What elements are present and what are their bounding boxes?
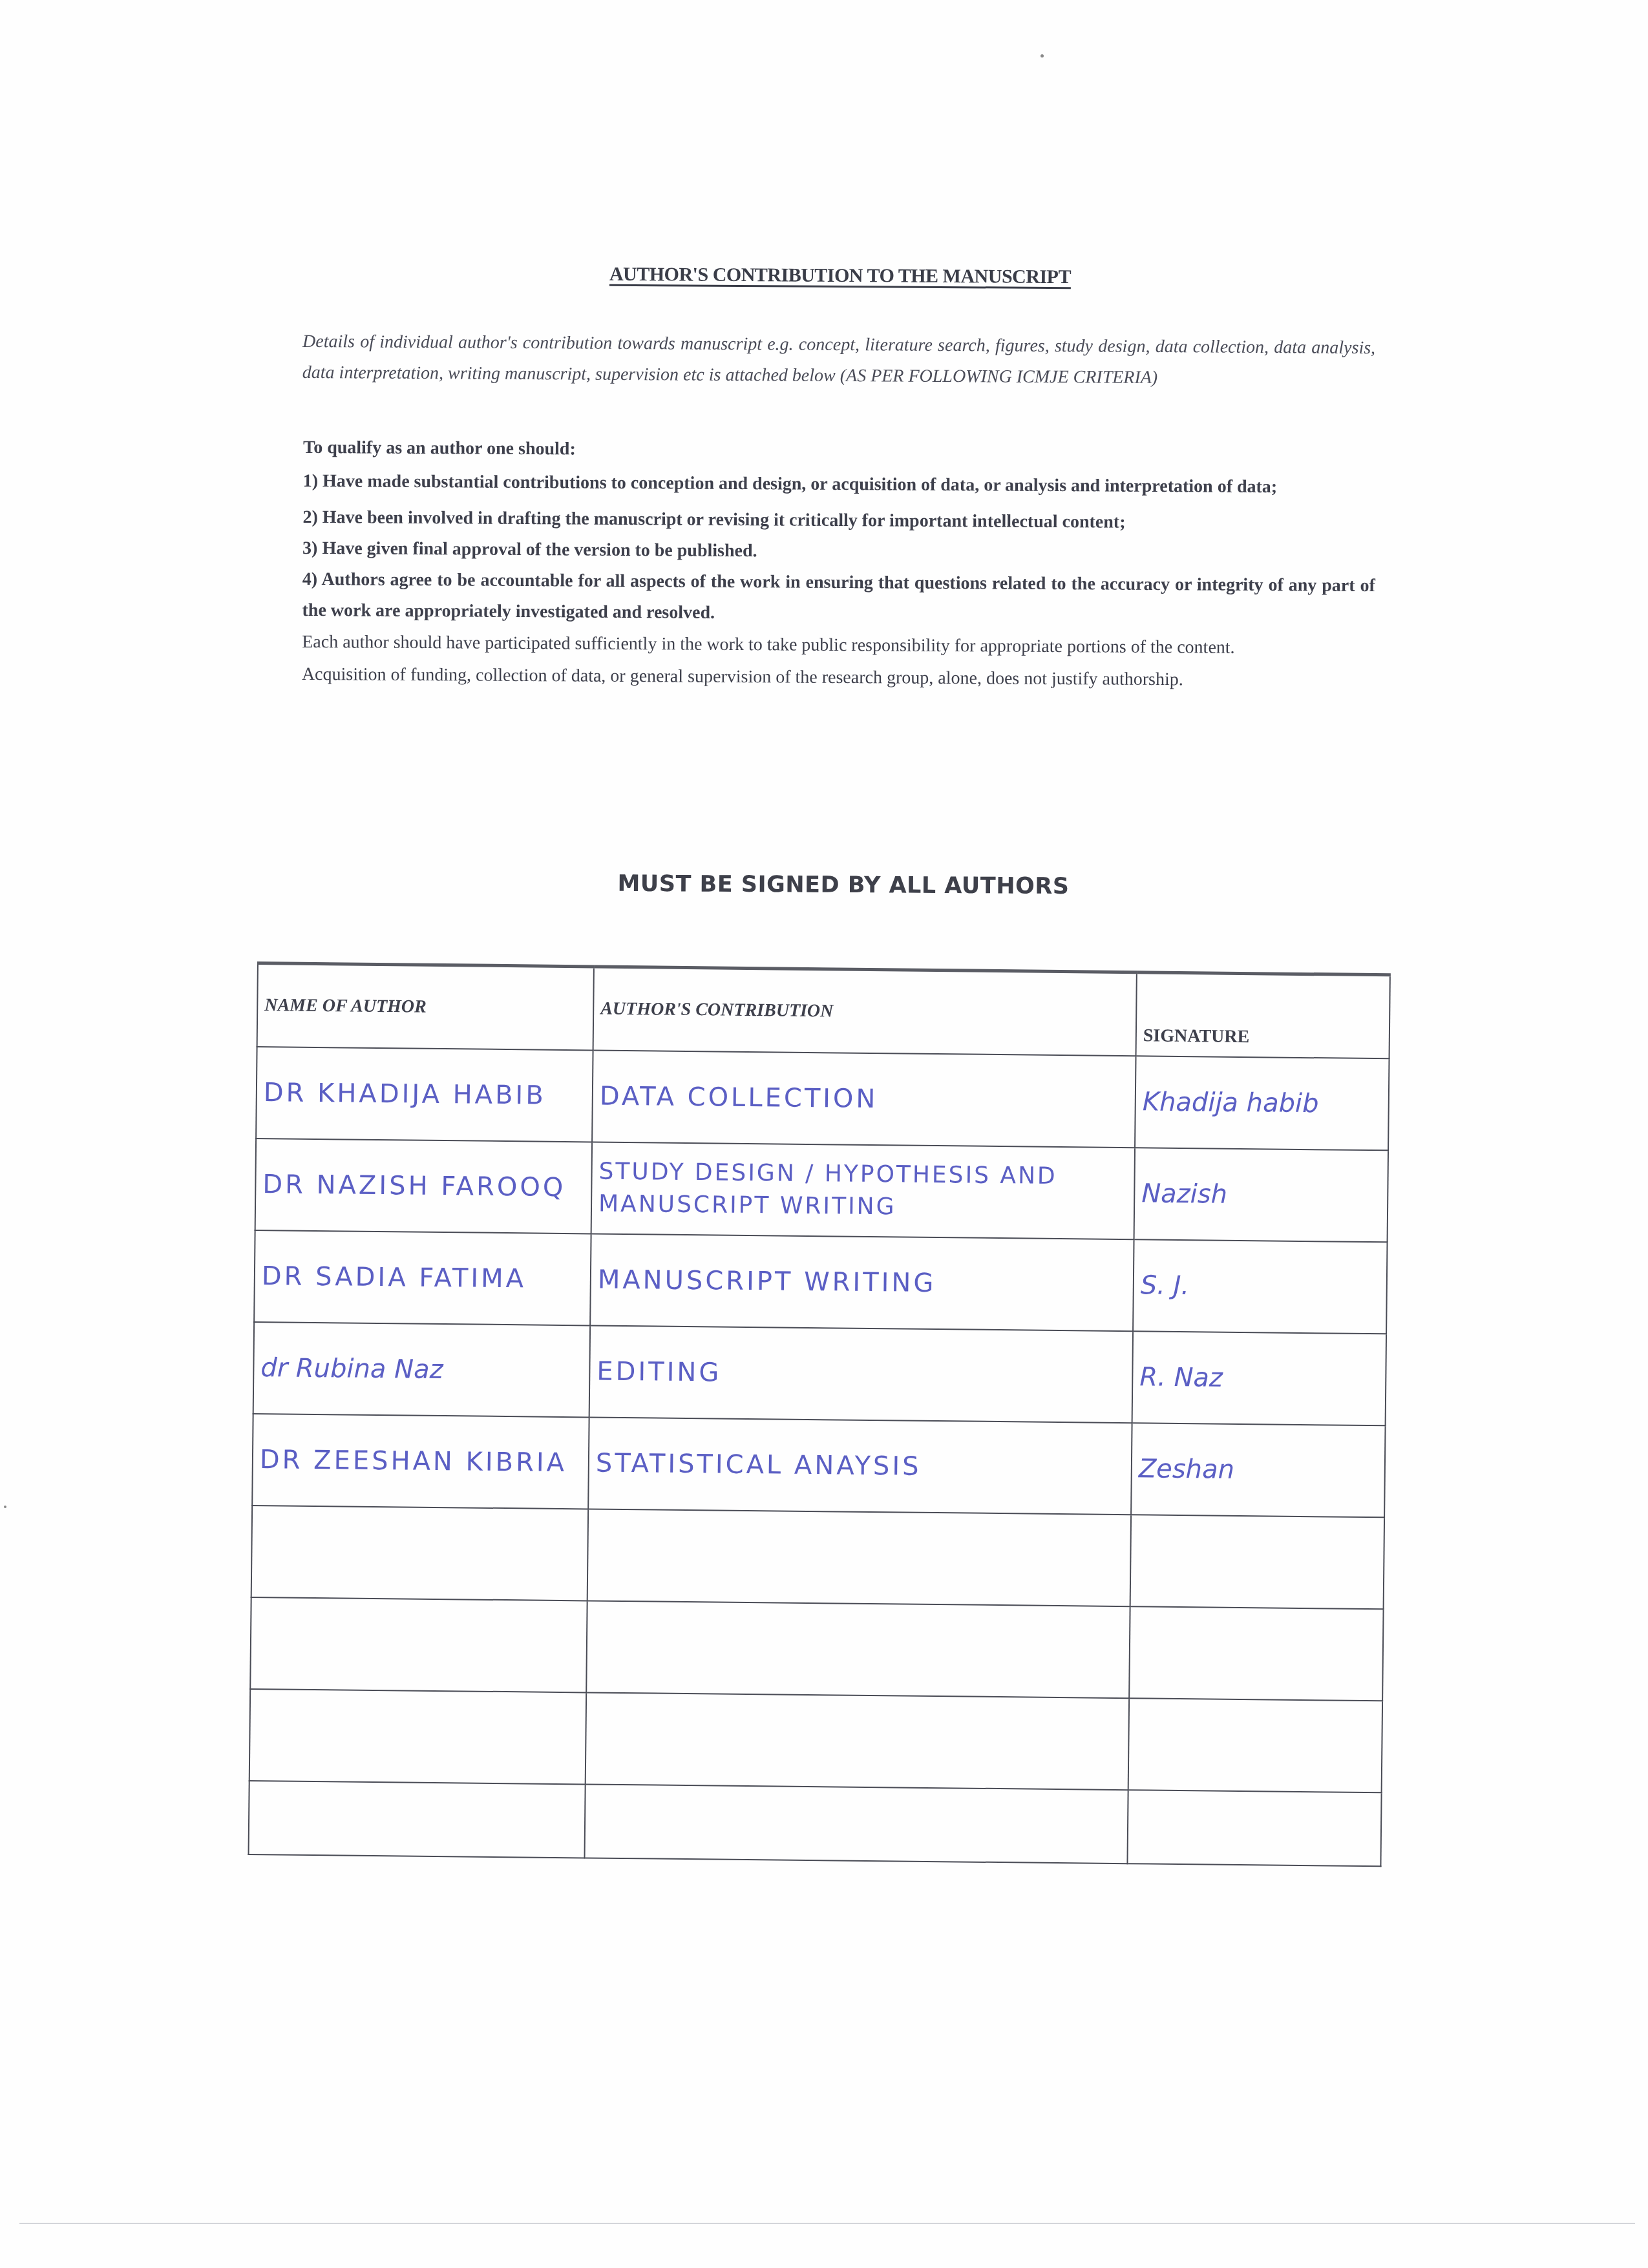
author-contribution-cell: DATA COLLECTION (592, 1050, 1136, 1148)
criteria-lead: To qualify as an author one should: (303, 434, 1376, 468)
scan-speck (1041, 54, 1044, 58)
empty-signature-cell (1127, 1790, 1381, 1866)
empty-contribution-cell (587, 1509, 1131, 1606)
empty-contribution-cell (586, 1601, 1130, 1698)
table-row-empty (249, 1781, 1382, 1866)
document-title: AUTHOR'S CONTRIBUTION TO THE MANUSCRIPT (582, 264, 1099, 289)
criteria-item-1: 1) Have made substantial contributions t… (303, 466, 1376, 503)
table-header-row: NAME OF AUTHOR AUTHOR'S CONTRIBUTION SIG… (257, 963, 1390, 1059)
header-signature: SIGNATURE (1136, 972, 1390, 1059)
must-sign-heading: MUST BE SIGNED BY ALL AUTHORS (598, 871, 1089, 900)
author-signature-cell: Nazish (1134, 1148, 1388, 1242)
author-contribution-cell: MANUSCRIPT WRITING (590, 1234, 1134, 1331)
table-row-empty (249, 1689, 1382, 1792)
table-row-empty (250, 1597, 1383, 1701)
author-signature-cell: S. J. (1133, 1239, 1387, 1334)
header-name-of-author: NAME OF AUTHOR (257, 963, 594, 1051)
empty-signature-cell (1129, 1606, 1383, 1701)
empty-contribution-cell (586, 1692, 1129, 1790)
table-row: DR SADIA FATIMA MANUSCRIPT WRITING S. J. (254, 1230, 1387, 1334)
author-name-cell: DR SADIA FATIMA (254, 1230, 591, 1325)
empty-name-cell (250, 1597, 587, 1692)
authorship-criteria: To qualify as an author one should: 1) H… (302, 434, 1376, 697)
author-signature-cell: Khadija habib (1135, 1056, 1389, 1150)
author-signature-cell: Zeshan (1131, 1423, 1385, 1517)
table-row: DR ZEESHAN KIBRIA STATISTICAL ANAYSIS Ze… (252, 1414, 1385, 1517)
author-contribution-cell: STATISTICAL ANAYSIS (588, 1417, 1132, 1515)
table-row: DR KHADIJA HABIB DATA COLLECTION Khadija… (256, 1047, 1389, 1150)
empty-name-cell (249, 1781, 586, 1858)
author-contribution-cell: EDITING (589, 1325, 1133, 1423)
table-row: dr Rubina Naz EDITING R. Naz (253, 1322, 1386, 1425)
scan-edge (19, 2223, 1635, 2224)
criteria-item-4: 4) Authors agree to be accountable for a… (302, 564, 1375, 633)
authors-table-container: NAME OF AUTHOR AUTHOR'S CONTRIBUTION SIG… (248, 961, 1389, 1867)
author-name-cell: DR KHADIJA HABIB (256, 1047, 593, 1142)
empty-name-cell (251, 1506, 588, 1601)
empty-name-cell (249, 1689, 586, 1784)
intro-paragraph: Details of individual author's contribut… (302, 326, 1376, 395)
empty-signature-cell (1128, 1698, 1382, 1792)
table-row: DR NAZISH FAROOQ STUDY DESIGN / HYPOTHES… (255, 1139, 1388, 1242)
scanned-page: AUTHOR'S CONTRIBUTION TO THE MANUSCRIPT … (0, 0, 1648, 2268)
author-contribution-cell: STUDY DESIGN / HYPOTHESIS AND MANUSCRIPT… (591, 1142, 1135, 1239)
author-signature-cell: R. Naz (1132, 1331, 1386, 1425)
author-name-cell: DR ZEESHAN KIBRIA (252, 1414, 589, 1509)
table-row-empty (251, 1506, 1384, 1609)
authors-table: NAME OF AUTHOR AUTHOR'S CONTRIBUTION SIG… (248, 961, 1391, 1867)
empty-signature-cell (1130, 1515, 1384, 1609)
author-name-cell: DR NAZISH FAROOQ (255, 1139, 592, 1234)
criteria-note-2: Acquisition of funding, collection of da… (302, 658, 1375, 697)
author-name-cell: dr Rubina Naz (253, 1322, 590, 1417)
empty-contribution-cell (584, 1784, 1128, 1864)
scan-speck (4, 1506, 6, 1508)
header-authors-contribution: AUTHOR'S CONTRIBUTION (593, 967, 1137, 1056)
